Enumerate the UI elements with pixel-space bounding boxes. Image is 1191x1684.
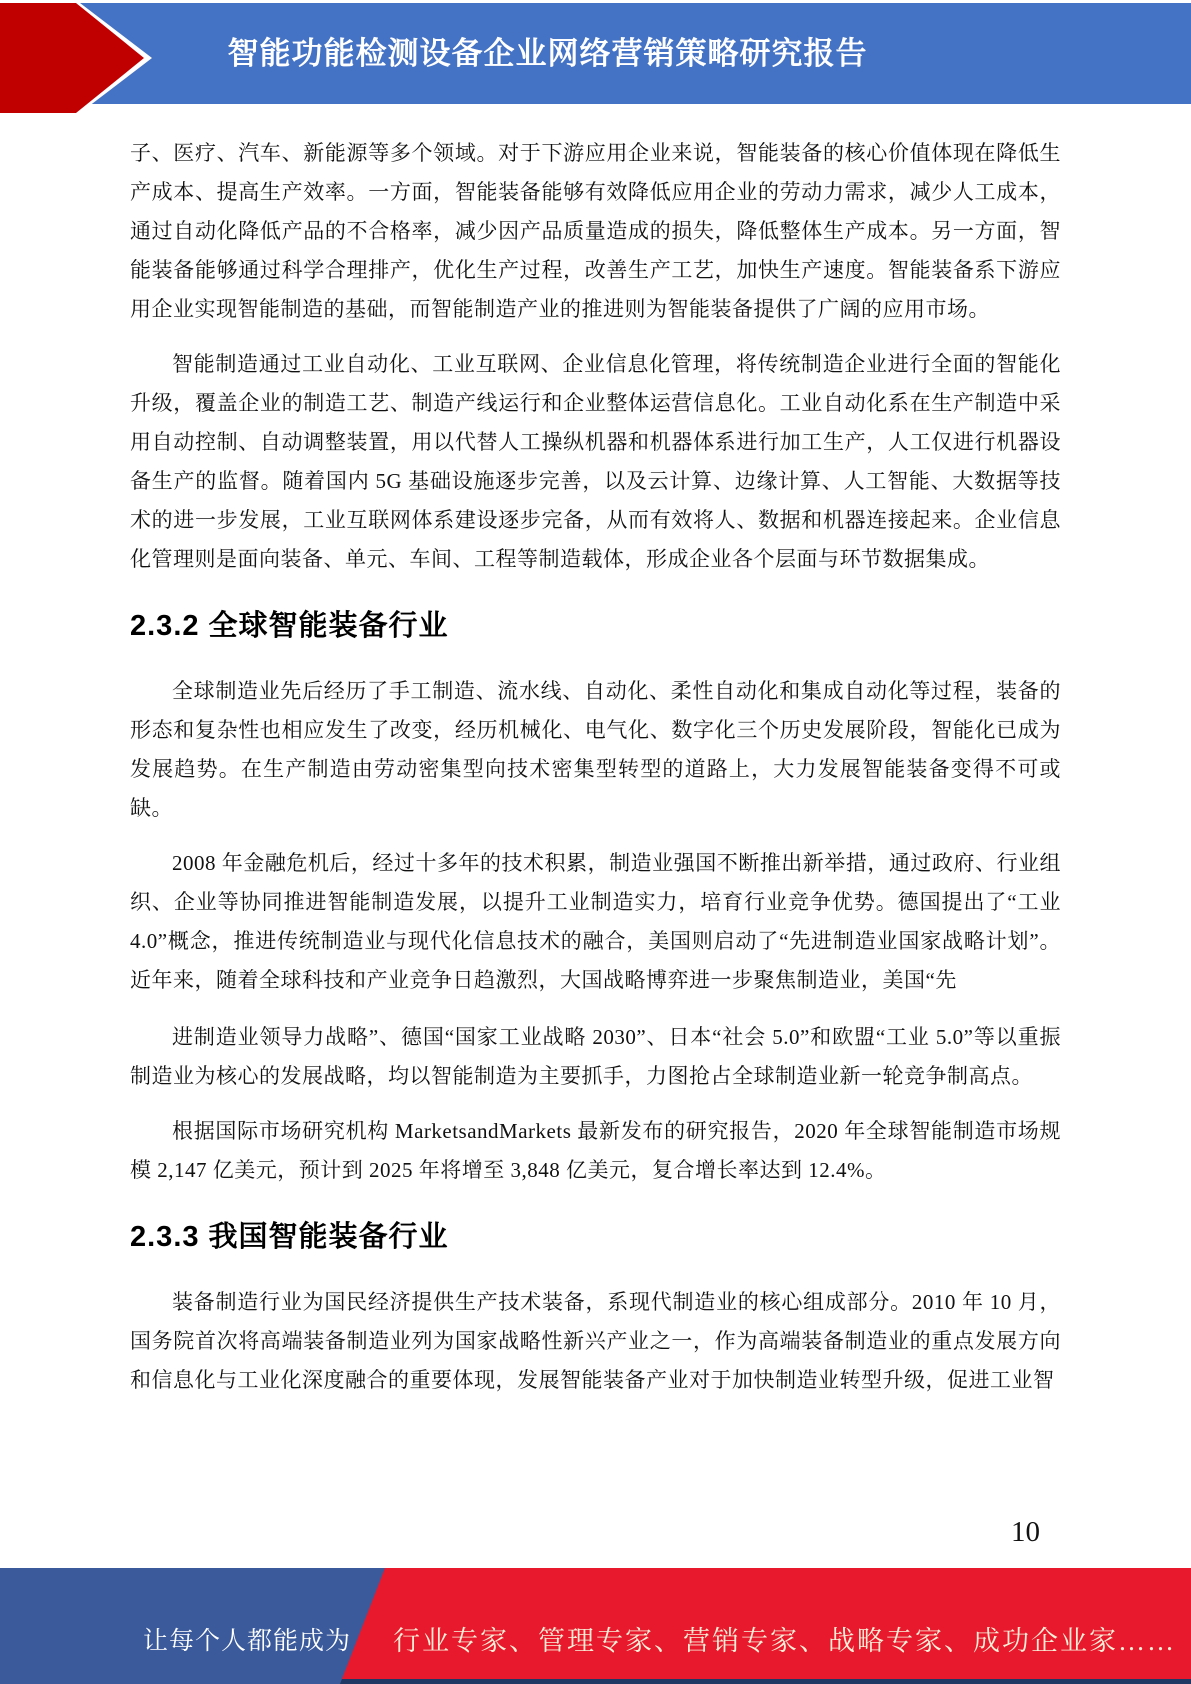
header-banner: 智能功能检测设备企业网络营销策略研究报告: [0, 3, 1191, 104]
paragraph-global-manufacturing-history: 全球制造业先后经历了手工制造、流水线、自动化、柔性自动化和集成自动化等过程，装备…: [130, 672, 1061, 828]
paragraph-national-strategies: 进制造业领导力战略”、德国“国家工业战略 2030”、日本“社会 5.0”和欧盟…: [130, 1018, 1061, 1096]
paragraph-marketsandmarkets-report: 根据国际市场研究机构 MarketsandMarkets 最新发布的研究报告，2…: [130, 1112, 1061, 1190]
section-heading-2-3-2: 2.3.2 全球智能装备行业: [130, 603, 1061, 644]
header-arrow-icon: [0, 3, 155, 113]
footer-banner: 让每个人都能成为 行业专家、管理专家、营销专家、战略专家、成功企业家……: [0, 1568, 1191, 1684]
report-page: 智能功能检测设备企业网络营销策略研究报告 子、医疗、汽车、新能源等多个领域。对于…: [0, 0, 1191, 1684]
document-body: 子、医疗、汽车、新能源等多个领域。对于下游应用企业来说，智能装备的核心价值体现在…: [130, 112, 1061, 1416]
paragraph-2008-financial-crisis: 2008 年金融危机后，经过十多年的技术积累，制造业强国不断推出新举措，通过政府…: [130, 844, 1061, 1000]
paragraph-china-equipment-industry: 装备制造行业为国民经济提供生产技术装备，系现代制造业的核心组成部分。2010 年…: [130, 1283, 1061, 1400]
section-heading-2-3-3: 2.3.3 我国智能装备行业: [130, 1214, 1061, 1255]
footer-slogan-left: 让每个人都能成为: [143, 1621, 351, 1657]
page-number: 10: [1011, 1516, 1040, 1549]
paragraph-intelligent-manufacturing: 智能制造通过工业自动化、工业互联网、企业信息化管理，将传统制造企业进行全面的智能…: [130, 345, 1061, 579]
footer-slogan-right: 行业专家、管理专家、营销专家、战略专家、成功企业家……: [393, 1619, 1176, 1658]
paragraph-intelligent-equipment-value: 子、医疗、汽车、新能源等多个领域。对于下游应用企业来说，智能装备的核心价值体现在…: [130, 134, 1061, 329]
report-title: 智能功能检测设备企业网络营销策略研究报告: [0, 3, 1191, 104]
